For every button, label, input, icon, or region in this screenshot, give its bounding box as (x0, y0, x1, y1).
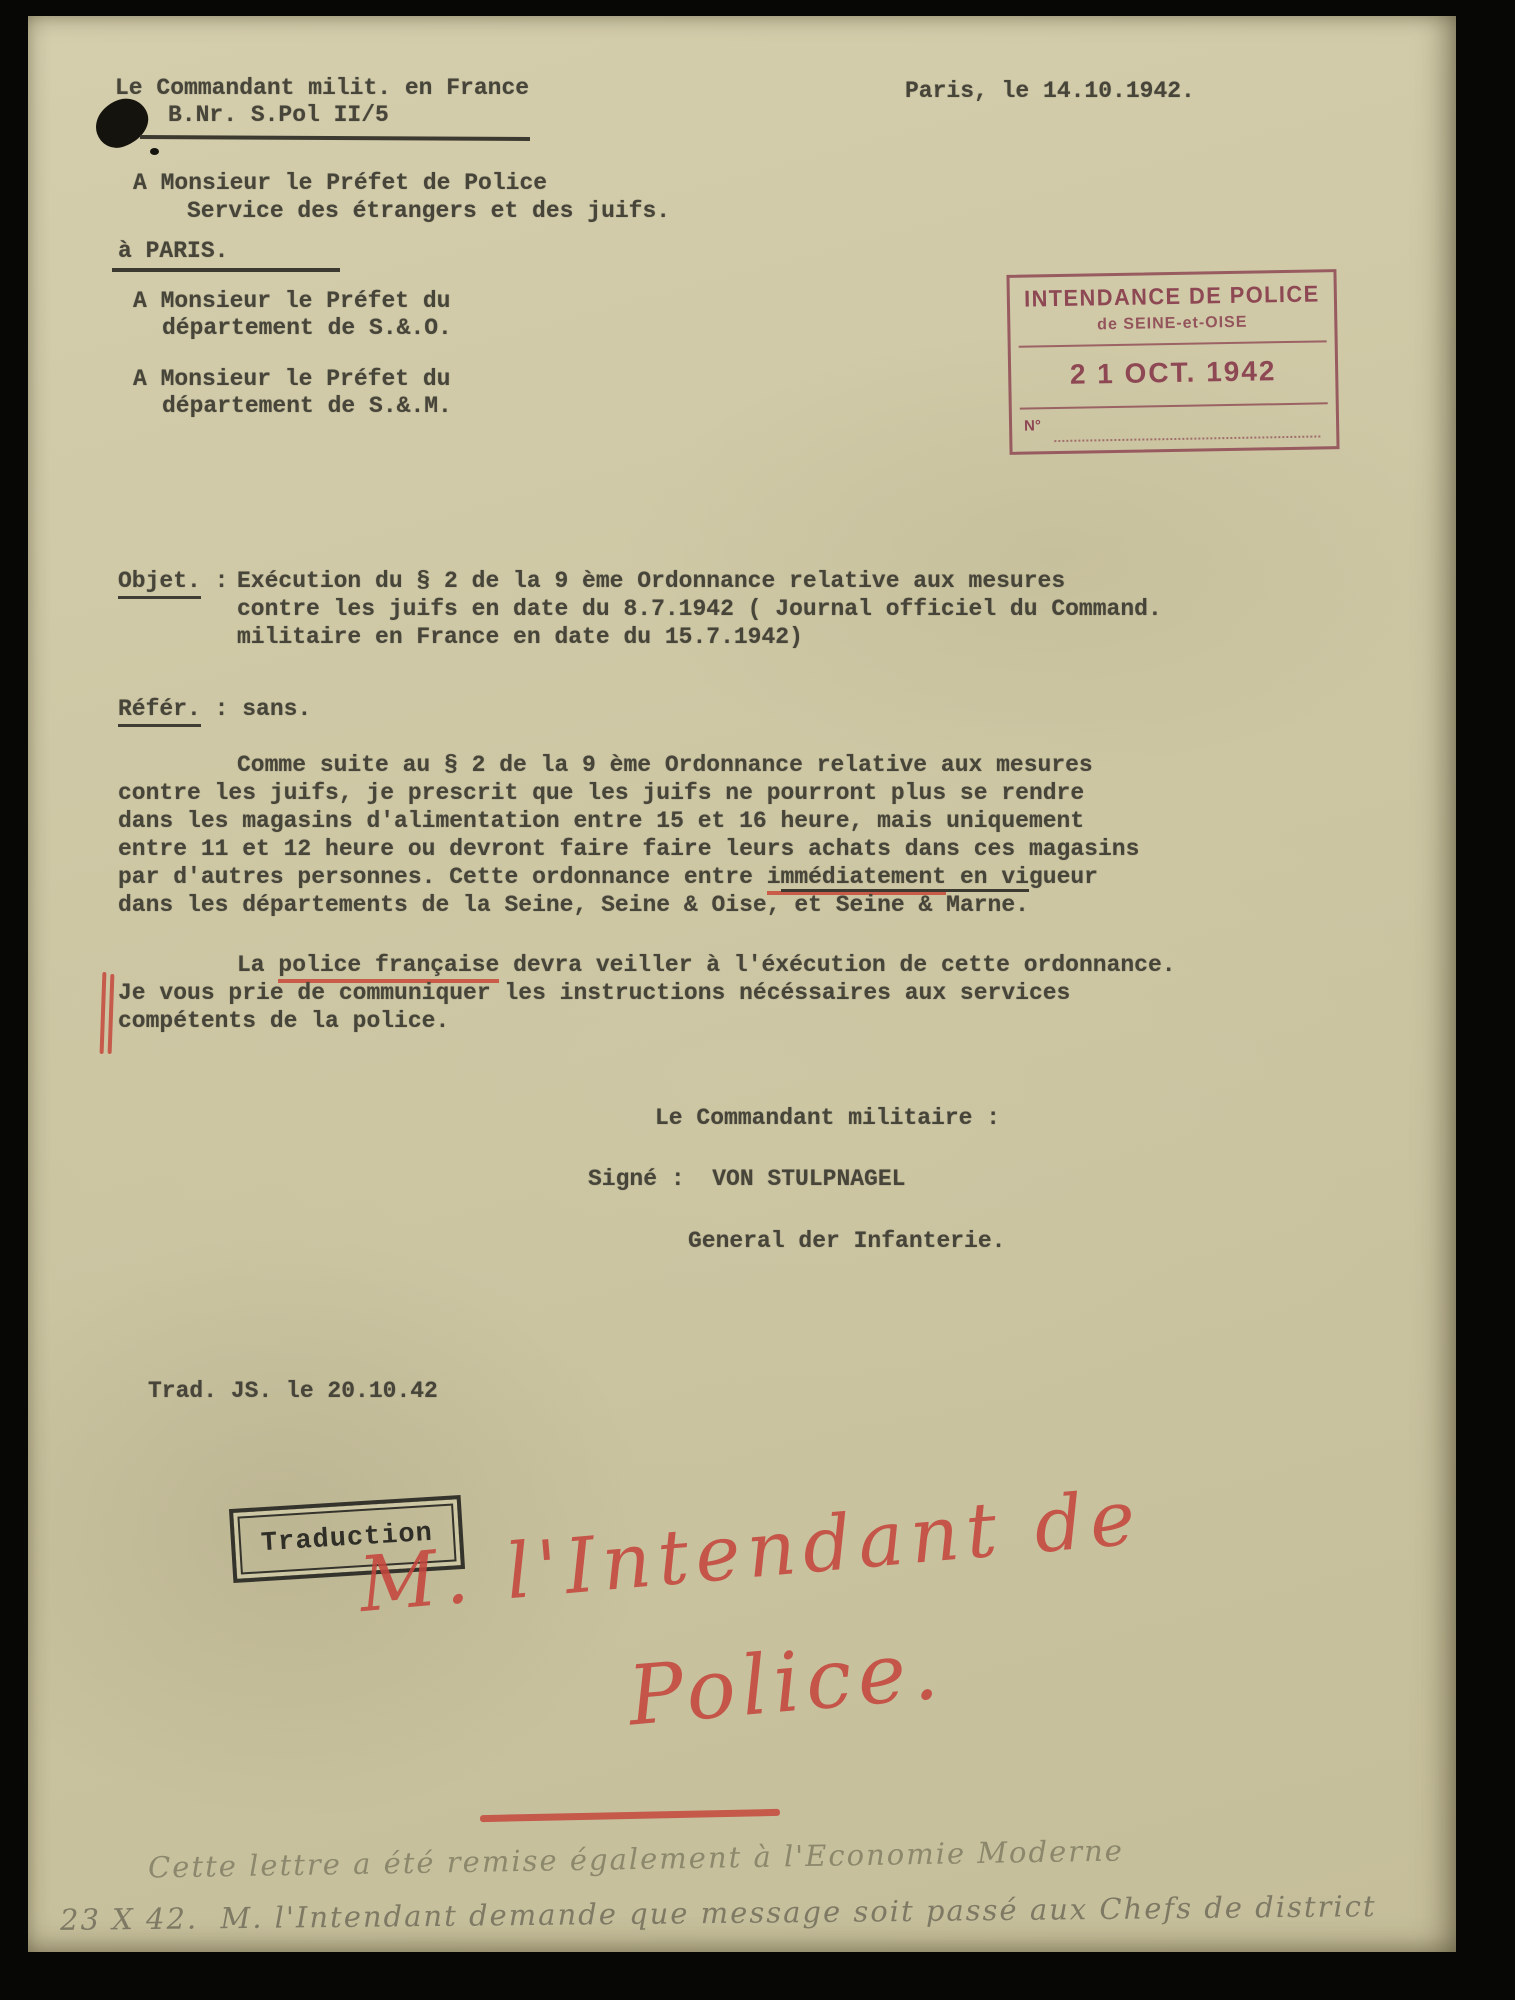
margin-mark-line-2 (108, 974, 115, 1054)
objet-line1: Exécution du § 2 de la 9 ème Ordonnance … (237, 568, 1065, 594)
objet-line2: contre les juifs en date du 8.7.1942 ( J… (237, 596, 1162, 622)
recipient1-line1: A Monsieur le Préfet de Police (133, 170, 547, 196)
stamp-number-label: N° (1024, 417, 1041, 434)
sender-line-1: Le Commandant milit. en France (115, 75, 529, 101)
paragraph1-line4: entre 11 et 12 heure ou devront faire fa… (118, 836, 1139, 862)
ink-speck (150, 148, 159, 155)
stamp-divider-bottom (1020, 402, 1328, 409)
pencil-note-2: 23 X 42. M. l'Intendant demande que mess… (60, 1889, 1377, 1937)
place-date-line: Paris, le 14.10.1942. (905, 78, 1195, 104)
handwriting-line-2: Police. (624, 1622, 947, 1744)
signature-title: Le Commandant militaire : (655, 1105, 1000, 1131)
paragraph2-line2: Je vous prie de communiquer les instruct… (118, 980, 1070, 1006)
signature-signed: Signé : VON STULPNAGEL (588, 1166, 905, 1192)
margin-mark-line-1 (100, 972, 107, 1054)
objet-label-text: Objet. (118, 568, 201, 599)
paragraph2-line1-post: devra veiller à l'éxécution de cette ord… (499, 952, 1175, 978)
objet-separator: : (201, 568, 229, 594)
paragraph1-line5: par d'autres personnes. Cette ordonnance… (118, 864, 1098, 890)
objet-line3: militaire en France en date du 15.7.1942… (237, 624, 803, 650)
red-underline-mark (480, 1809, 780, 1822)
paragraph1-line1: Comme suite au § 2 de la 9 ème Ordonnanc… (237, 752, 1093, 778)
paragraph2-line3: compétents de la police. (118, 1008, 449, 1034)
city-underline (112, 268, 340, 272)
paragraph1-line3: dans les magasins d'alimentation entre 1… (118, 808, 1084, 834)
stamp-date: 2 1 OCT. 1942 (1011, 354, 1336, 392)
stamp-subtitle: de SEINE-et-OISE (1010, 312, 1334, 336)
stamp-title: INTENDANCE DE POLICE (1018, 280, 1326, 312)
recipient3-line2: département de S.&.M. (162, 393, 452, 419)
paragraph1-line5-post: en vigueur (946, 864, 1098, 890)
paragraph1-line6-pre: dans les départements de la Seine, Seine… (118, 892, 781, 918)
handwriting-line-1: M. l'Intendant de (356, 1472, 1146, 1629)
translation-note: Trad. JS. le 20.10.42 (148, 1378, 438, 1404)
overlined-phrase: et Seine & Marne. (781, 889, 1029, 918)
refer-label-text: Référ. (118, 696, 201, 727)
refer-value: : sans. (201, 696, 311, 722)
red-underlined-phrase: police française (278, 952, 499, 983)
pencil-note-1: Cette lettre a été remise également à l'… (148, 1833, 1124, 1884)
paragraph2-line1: La police française devra veiller à l'éx… (237, 952, 1176, 978)
objet-label: Objet. : (118, 568, 228, 594)
recipient2-line1: A Monsieur le Préfet du (133, 288, 450, 314)
recipient3-line1: A Monsieur le Préfet du (133, 366, 450, 392)
intendance-stamp: INTENDANCE DE POLICE de SEINE-et-OISE 2 … (1006, 269, 1339, 455)
signature-rank: General der Infanterie. (688, 1228, 1005, 1254)
recipient1-line2: Service des étrangers et des juifs. (187, 198, 670, 224)
recipient2-line2: département de S.&.O. (162, 315, 452, 341)
stamp-divider-top (1019, 340, 1327, 347)
sender-underline (140, 135, 530, 141)
document-paper: Le Commandant milit. en France B.Nr. S.P… (28, 16, 1456, 1952)
scan-background: Le Commandant milit. en France B.Nr. S.P… (0, 0, 1515, 2000)
paragraph1-line5-pre: par d'autres personnes. Cette ordonnance… (118, 864, 767, 890)
sender-line-2: B.Nr. S.Pol II/5 (168, 102, 389, 128)
refer-line: Référ. : sans. (118, 696, 311, 722)
paragraph1-line6: dans les départements de la Seine, Seine… (118, 892, 1029, 918)
ink-blot (89, 93, 155, 153)
recipient-city: à PARIS. (118, 238, 228, 264)
paragraph1-line2: contre les juifs, je prescrit que les ju… (118, 780, 1084, 806)
stamp-number-line (1054, 435, 1320, 442)
paragraph2-line1-pre: La (237, 952, 278, 978)
